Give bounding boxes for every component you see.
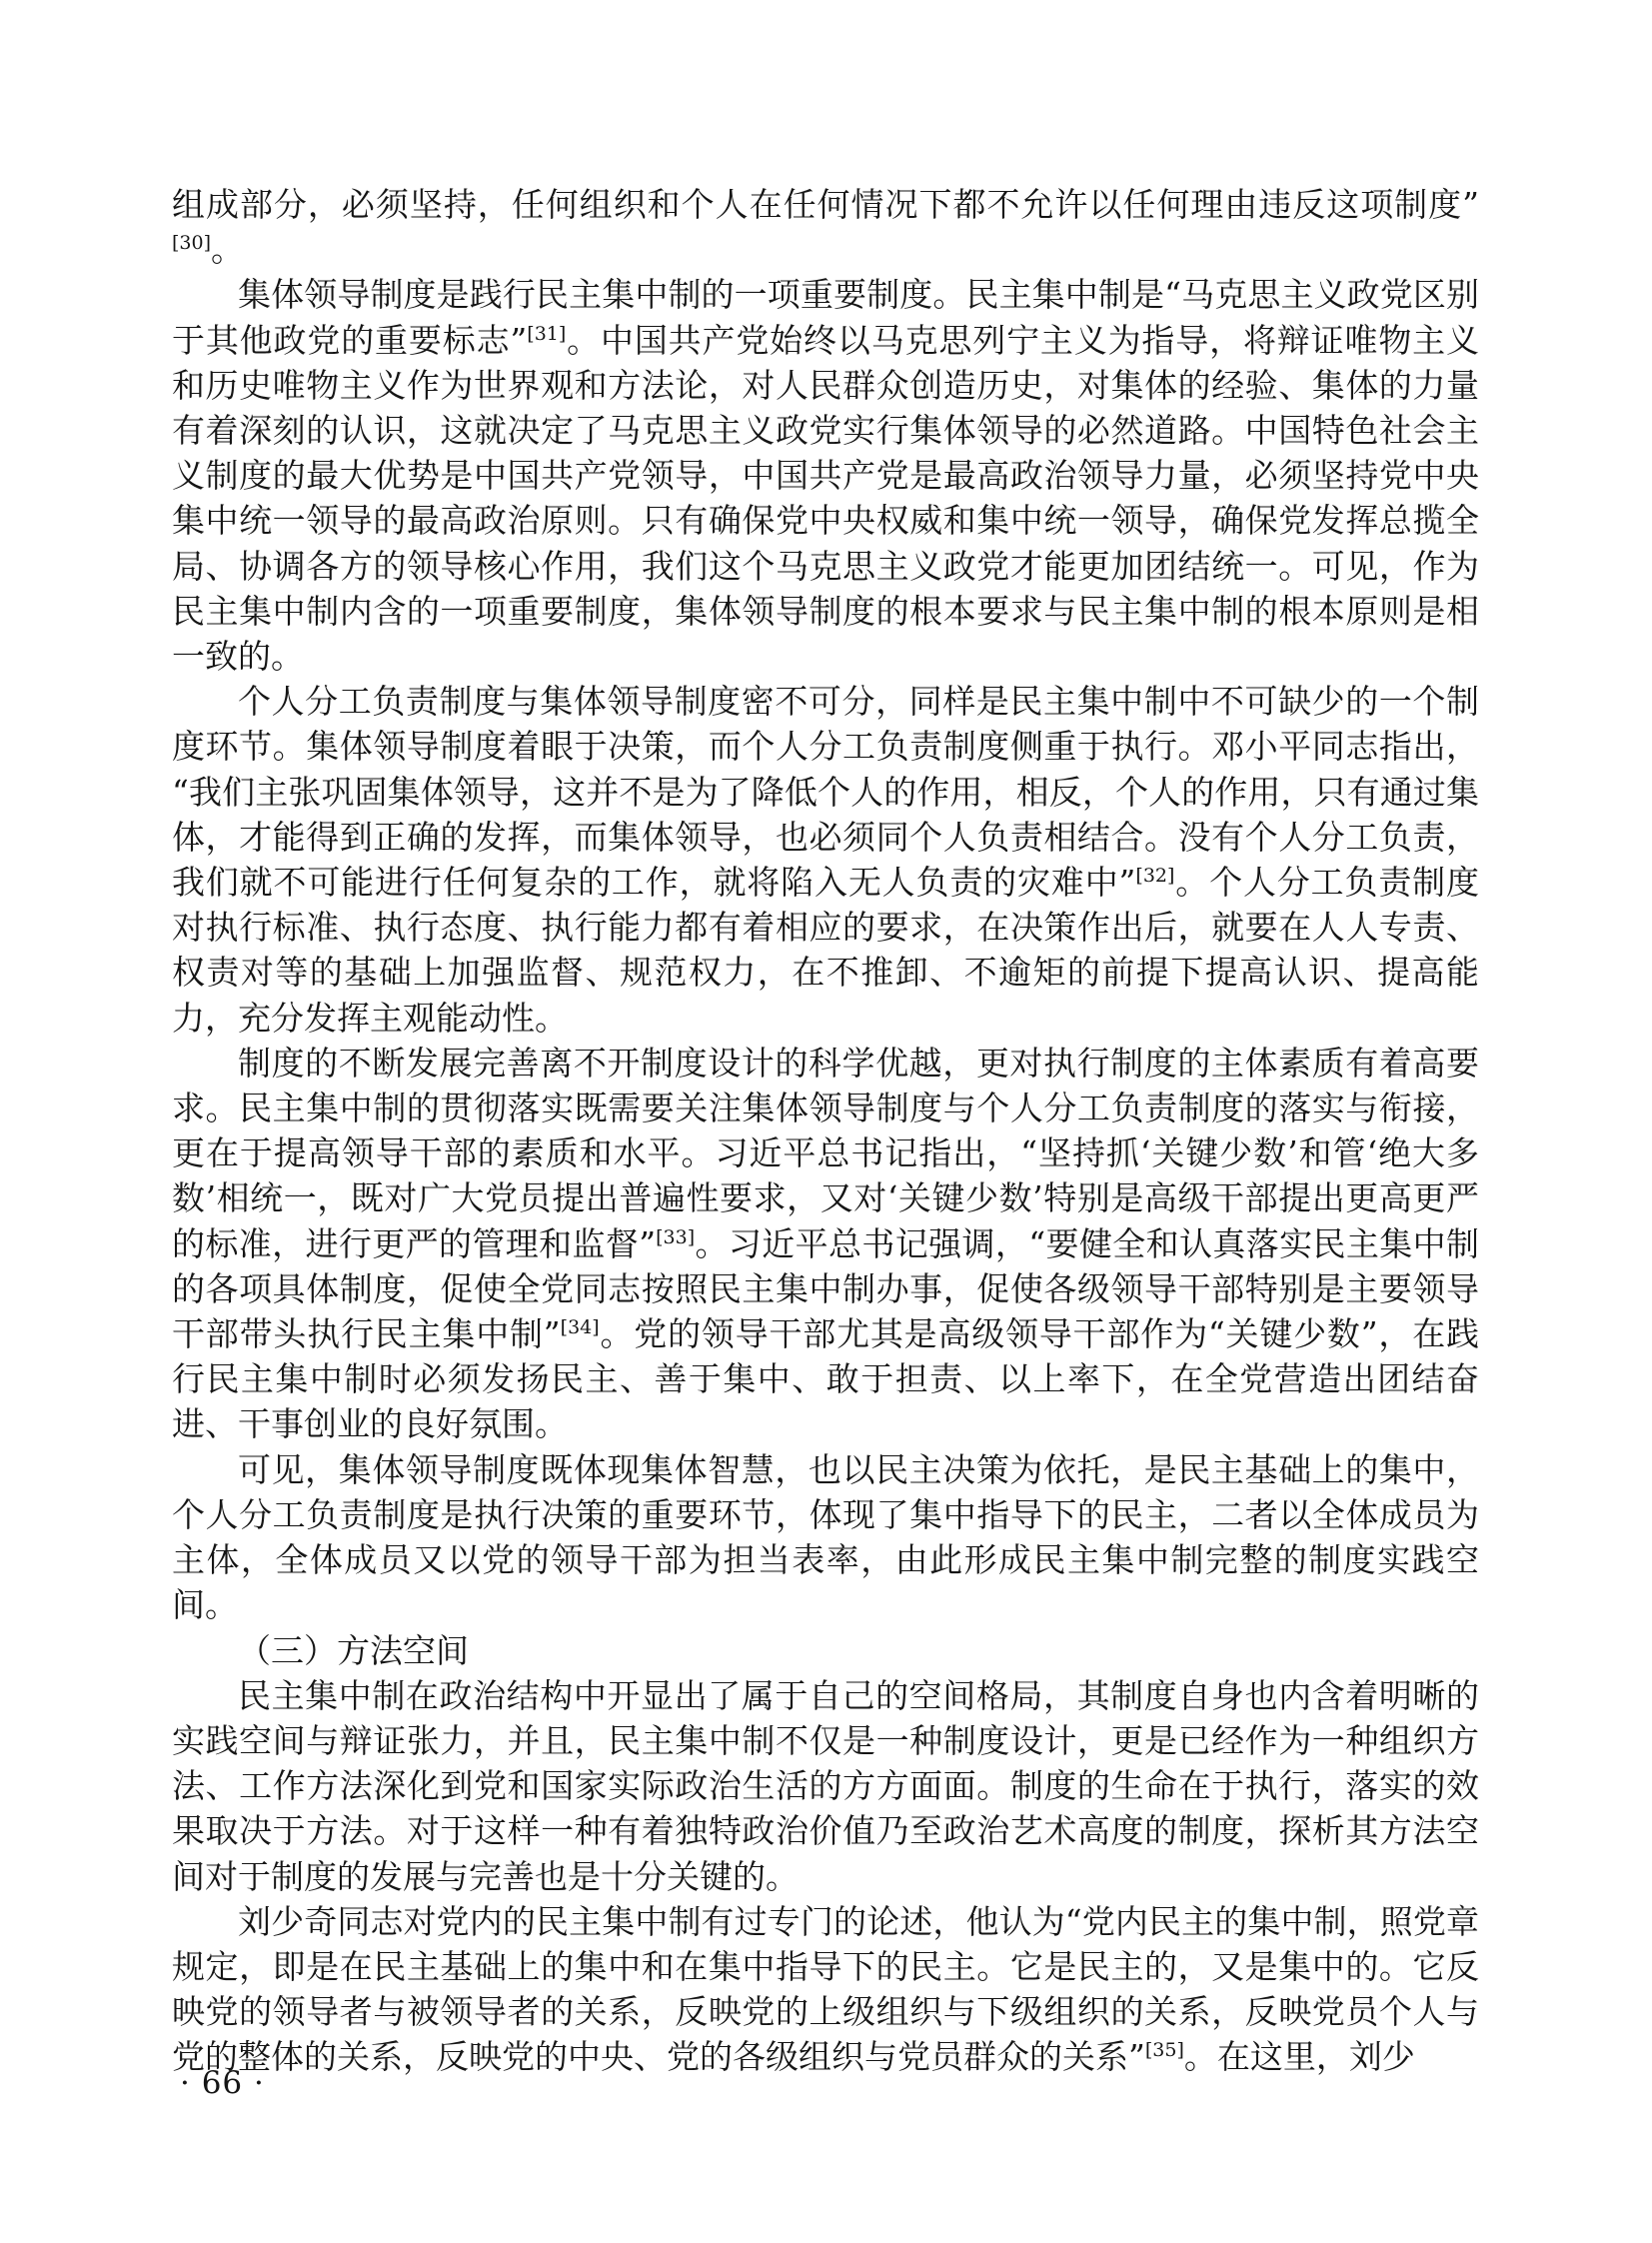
footnote-ref: [35] bbox=[1145, 2039, 1184, 2061]
paragraph: 可见，集体领导制度既体现集体智慧，也以民主决策为依托，是民主基础上的集中，个人分… bbox=[172, 1447, 1479, 1628]
footnote-ref: [34] bbox=[561, 1316, 600, 1338]
document-page: 组成部分，必须坚持，任何组织和个人在任何情况下都不允许以任何理由违反这项制度”[… bbox=[0, 0, 1652, 2243]
paragraph: 制度的不断发展完善离不开制度设计的科学优越，更对执行制度的主体素质有着高要求。民… bbox=[172, 1041, 1479, 1447]
footnote-ref: [32] bbox=[1135, 865, 1174, 887]
paragraph: 个人分工负责制度与集体领导制度密不可分，同样是民主集中制中不可缺少的一个制度环节… bbox=[172, 679, 1479, 1041]
paragraph-continuation: 组成部分，必须坚持，任何组织和个人在任何情况下都不允许以任何理由违反这项制度”[… bbox=[172, 182, 1479, 272]
footnote-ref: [30] bbox=[172, 232, 211, 254]
footnote-ref: [33] bbox=[656, 1226, 695, 1248]
section-heading: （三）方法空间 bbox=[172, 1628, 1479, 1673]
paragraph: 刘少奇同志对党内的民主集中制有过专门的论述，他认为“党内民主的集中制，照党章规定… bbox=[172, 1899, 1479, 2080]
footnote-ref: [31] bbox=[527, 323, 566, 345]
page-number: · 66 · bbox=[180, 2065, 265, 2101]
document-body: 组成部分，必须坚持，任何组织和个人在任何情况下都不允许以任何理由违反这项制度”[… bbox=[172, 182, 1479, 2080]
paragraph: 集体领导制度是践行民主集中制的一项重要制度。民主集中制是“马克思主义政党区别于其… bbox=[172, 272, 1479, 679]
paragraph: 民主集中制在政治结构中开显出了属于自己的空间格局，其制度自身也内含着明晰的实践空… bbox=[172, 1673, 1479, 1899]
